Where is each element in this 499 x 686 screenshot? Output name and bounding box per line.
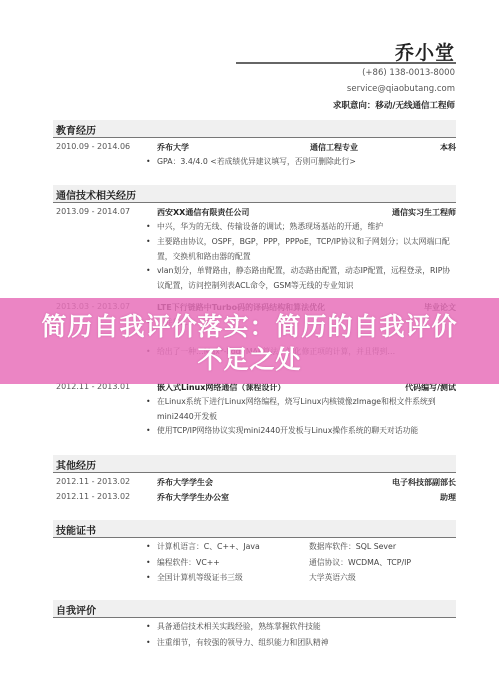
candidate-name: 乔小堂	[395, 38, 455, 65]
section-title: 教育经历	[56, 122, 96, 137]
entry-role: 通信实习生工程师	[392, 207, 456, 218]
bullet-icon: •	[146, 155, 151, 170]
bullet-item: • GPA：3.4/4.0 <若成绩优异建议填写，否则可删除此行>	[146, 155, 456, 170]
skill-item: • 全国计算机等级证书三级	[146, 571, 456, 586]
entry-date: 2012.11 - 2013.02	[56, 477, 130, 486]
section-header-experience: 通信技术相关经历	[53, 185, 456, 203]
name-divider	[236, 62, 456, 64]
bullet-item: • 具备通信技术相关实践经验，熟练掌握软件技能	[146, 620, 456, 635]
bullet-item: • 在Linux系统下进行Linux网络编程，烧写Linux内核镜像zImage…	[146, 395, 456, 424]
entry-date: 2013.09 - 2014.07	[56, 207, 130, 216]
bullet-icon: •	[146, 220, 151, 235]
entry-role: 助理	[440, 492, 456, 503]
banner-title-line2: 不足之处	[0, 343, 499, 376]
other-entry: 2012.11 - 2013.02 乔布大学学生办公室 助理	[56, 492, 456, 505]
section-title: 技能证书	[56, 522, 96, 537]
bullet-icon: •	[146, 264, 151, 279]
bullet-icon: •	[146, 235, 151, 250]
skill-item-secondary: 通信协议：WCDMA、TCP/IP	[309, 556, 411, 571]
entry-school: 乔布大学	[157, 142, 189, 153]
bullet-item: • 主要路由协议，OSPF，BGP，PPP，PPPoE，TCP/IP协议和子网划…	[146, 235, 456, 264]
phone-number: (+86) 138-0013-8000	[362, 68, 455, 78]
bullet-item: • 使用TCP/IP网络协议实现mini2440开发板与Linux操作系统的聊天…	[146, 424, 456, 439]
banner-title: 简历自我评价落实：简历的自我评价 不足之处	[0, 310, 499, 376]
section-header-self-eval: 自我评价	[53, 600, 456, 618]
skill-item-secondary: 数据库软件：SQL Sever	[309, 540, 396, 555]
bullet-item: • 中兴，华为的无线、传输设备的调试；熟悉现场基站的开通，维护	[146, 220, 456, 235]
entry-major: 通信工程专业	[310, 142, 358, 153]
entry-degree: 本科	[440, 142, 456, 153]
section-title: 其他经历	[56, 457, 96, 472]
section-header-education: 教育经历	[53, 120, 456, 138]
bullet-icon: •	[146, 424, 151, 439]
section-title: 通信技术相关经历	[56, 187, 136, 202]
entry-company: 西安XX通信有限责任公司	[157, 207, 249, 218]
bullet-icon: •	[146, 556, 151, 571]
bullet-item: • 注重细节，有较强的领导力、组织能力和团队精神	[146, 636, 456, 651]
entry-date: 2010.09 - 2014.06	[56, 142, 130, 151]
section-header-other: 其他经历	[53, 455, 456, 473]
entry-org: 乔布大学学生会	[157, 477, 213, 488]
resume-page: 乔小堂 (+86) 138-0013-8000 service@qiaobuta…	[0, 0, 499, 686]
entry-org: 乔布大学学生办公室	[157, 492, 229, 503]
banner-title-line1: 简历自我评价落实：简历的自我评价	[0, 310, 499, 343]
bullet-icon: •	[146, 540, 151, 555]
experience-entry: 2013.09 - 2014.07 西安XX通信有限责任公司 通信实习生工程师	[56, 207, 456, 220]
email-address: service@qiaobutang.com	[347, 84, 455, 94]
bullet-item: • vlan划分，单臂路由，静态路由配置，动态路由配置，动态IP配置，远程登录，…	[146, 264, 456, 293]
bullet-icon: •	[146, 636, 151, 651]
skill-item: • 计算机语言：C、C++、Java	[146, 540, 456, 555]
section-title: 自我评价	[56, 602, 96, 617]
skill-item-secondary: 大学英语六级	[309, 571, 356, 586]
education-entry: 2010.09 - 2014.06 乔布大学 通信工程专业 本科	[56, 142, 456, 155]
bullet-icon: •	[146, 620, 151, 635]
bullet-icon: •	[146, 571, 151, 586]
job-target: 求职意向：移动/无线通信工程师	[333, 99, 455, 111]
other-entry: 2012.11 - 2013.02 乔布大学学生会 电子科技部副部长	[56, 477, 456, 490]
bullet-icon: •	[146, 395, 151, 410]
entry-date: 2012.11 - 2013.02	[56, 492, 130, 501]
section-header-skills: 技能证书	[53, 520, 456, 538]
entry-role: 电子科技部副部长	[392, 477, 456, 488]
